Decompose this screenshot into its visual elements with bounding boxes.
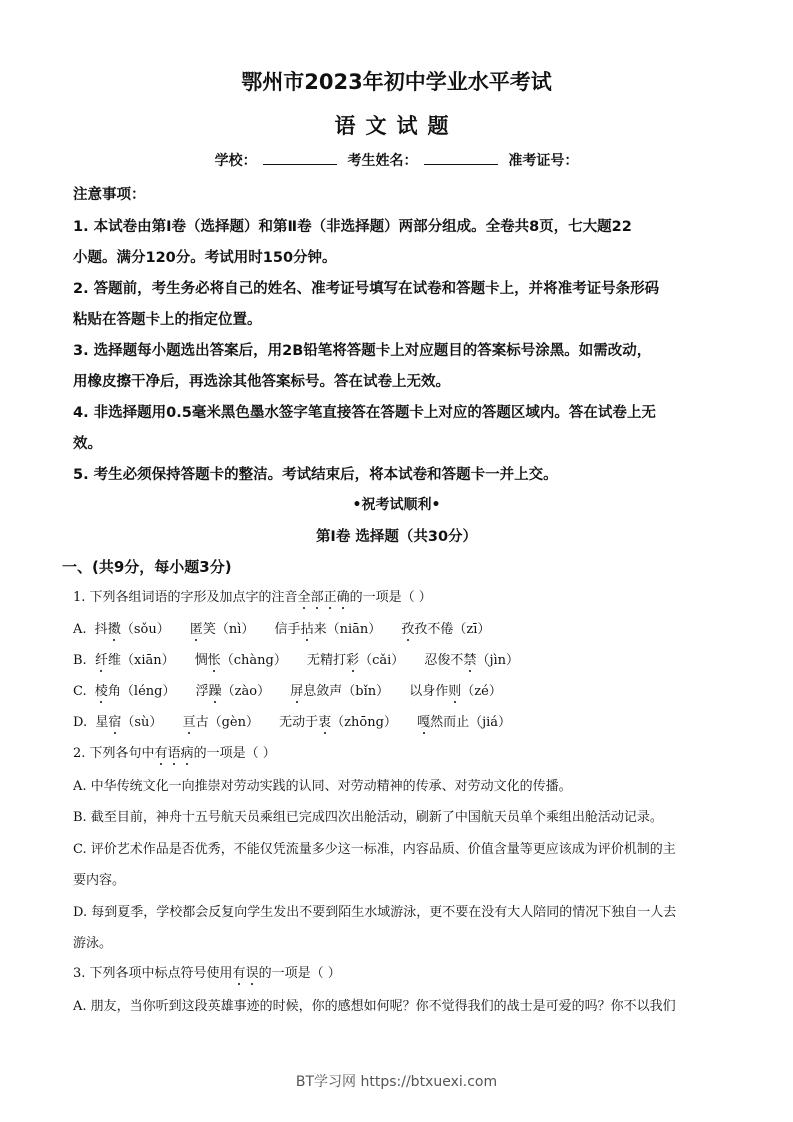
question-2-option-c: C. 评价艺术作品是否优秀，不能仅凭流量多少这一标准，内容品质、价值含量等更应该… bbox=[73, 838, 733, 857]
question-2-option-b: B. 截至目前，神舟十五号航天员乘组已完成四次出舱活动，刷新了中国航天员单个乘组… bbox=[73, 806, 733, 825]
name-label: 考生姓名： bbox=[348, 153, 418, 169]
notice-line: 2. 答题前，考生务必将自己的姓名、准考证号填写在试卷和答题卡上，并将准考证号条… bbox=[73, 277, 733, 298]
school-blank bbox=[263, 152, 337, 165]
question-2-option-d: D. 每到夏季，学校都会反复向学生发出不要到陌生水域游泳，更不要在没有大人陪同的… bbox=[73, 901, 733, 920]
name-blank bbox=[424, 152, 498, 165]
question-3-option-a: A. 朋友，当你听到这段英雄事迹的时候，你的感想如何呢？你不觉得我们的战士是可爱… bbox=[73, 995, 733, 1014]
notice-line: 5. 考生必须保持答题卡的整洁。考试结束后，将本试卷和答题卡一并上交。 bbox=[73, 463, 733, 484]
candidate-info-row: 学校： 考生姓名： 准考证号： bbox=[0, 150, 793, 170]
question-2-option-d-cont: 游泳。 bbox=[73, 932, 733, 951]
notice-line: 4. 非选择题用0.5毫米黑色墨水签字笔直接答在答题卡上对应的答题区域内。答在试… bbox=[73, 401, 733, 422]
notice-line: 小题。满分120分。考试用时150分钟。 bbox=[73, 246, 733, 267]
question-3-stem: 3. 下列各项中标点符号使用有误的一项是（ ） bbox=[73, 962, 733, 981]
notice-line: 用橡皮擦干净后，再选涂其他答案标号。答在试卷上无效。 bbox=[73, 370, 733, 391]
notice-heading: 注意事项： bbox=[73, 183, 733, 204]
notice-line: 粘贴在答题卡上的指定位置。 bbox=[73, 308, 733, 329]
exam-subject: 语文试题 bbox=[0, 110, 793, 140]
question-1-option-a: A. 抖擞（sǒu） 匿笑（nì） 信手拈来（niān） 孜孜不倦（zī） bbox=[73, 618, 733, 637]
question-2-option-c-cont: 要内容。 bbox=[73, 869, 733, 888]
exam-title: 鄂州市2023年初中学业水平考试 bbox=[0, 66, 793, 96]
exam-page: 鄂州市2023年初中学业水平考试 语文试题 学校： 考生姓名： 准考证号： 注意… bbox=[0, 0, 793, 1122]
exam-number-label: 准考证号： bbox=[508, 153, 578, 169]
question-2-stem: 2. 下列各句中有语病的一项是（ ） bbox=[73, 742, 733, 761]
notice-line: 3. 选择题每小题选出答案后，用2B铅笔将答题卡上对应题目的答案标号涂黑。如需改… bbox=[73, 339, 733, 360]
section-title: 一、(共9分，每小题3分) bbox=[62, 556, 722, 577]
question-1-option-c: C. 棱角（léng） 浮躁（zào） 屏息敛声（bǐn） 以身作则（zé） bbox=[73, 680, 733, 699]
question-1-option-b: B. 纤维（xiān） 惆怅（chàng） 无精打彩（cǎi） 忍俊不禁（jìn… bbox=[73, 649, 733, 668]
watermark: BT学习网 https://btxuexi.com bbox=[0, 1071, 793, 1091]
school-label: 学校： bbox=[215, 153, 257, 169]
blessing: •祝考试顺利• bbox=[0, 494, 793, 514]
notice-line: 1. 本试卷由第Ⅰ卷（选择题）和第Ⅱ卷（非选择题）两部分组成。全卷共8页，七大题… bbox=[73, 215, 733, 236]
question-1-option-d: D. 星宿（sù） 亘古（gèn） 无动于衷（zhōng） 嘎然而止（jiá） bbox=[73, 711, 733, 730]
notice-line: 效。 bbox=[73, 432, 733, 453]
question-2-option-a: A. 中华传统文化一向推崇对劳动实践的认同、对劳动精神的传承、对劳动文化的传播。 bbox=[73, 775, 733, 794]
part-title: 第Ⅰ卷 选择题（共30分） bbox=[0, 525, 793, 546]
question-1-stem: 1. 下列各组词语的字形及加点字的注音全部正确的一项是（ ） bbox=[73, 586, 733, 605]
